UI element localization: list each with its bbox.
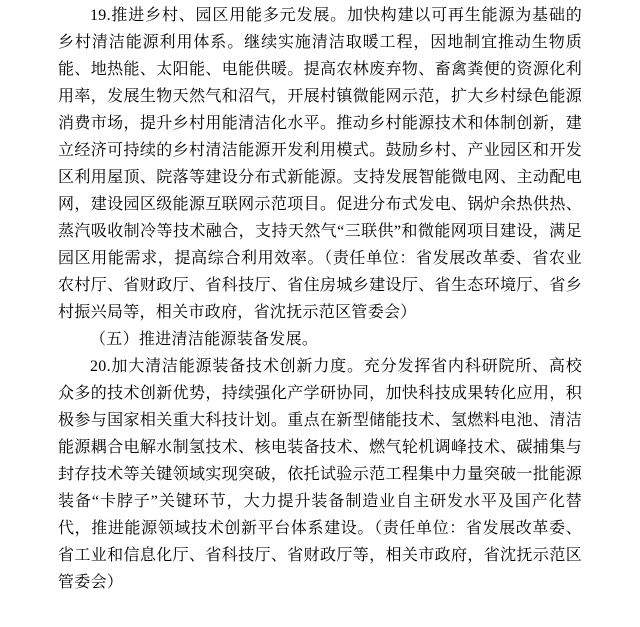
paragraph-item-20: 20.加大清洁能源装备技术创新力度。充分发挥省内科研院所、高校众多的技术创新优势…	[58, 353, 582, 596]
paragraph-item-19: 19.推进乡村、园区用能多元发展。加快构建以可再生能源为基础的乡村清洁能源利用体…	[58, 2, 582, 326]
section-heading-five: （五）推进清洁能源装备发展。	[58, 326, 582, 353]
document-page: 19.推进乡村、园区用能多元发展。加快构建以可再生能源为基础的乡村清洁能源利用体…	[0, 0, 640, 627]
